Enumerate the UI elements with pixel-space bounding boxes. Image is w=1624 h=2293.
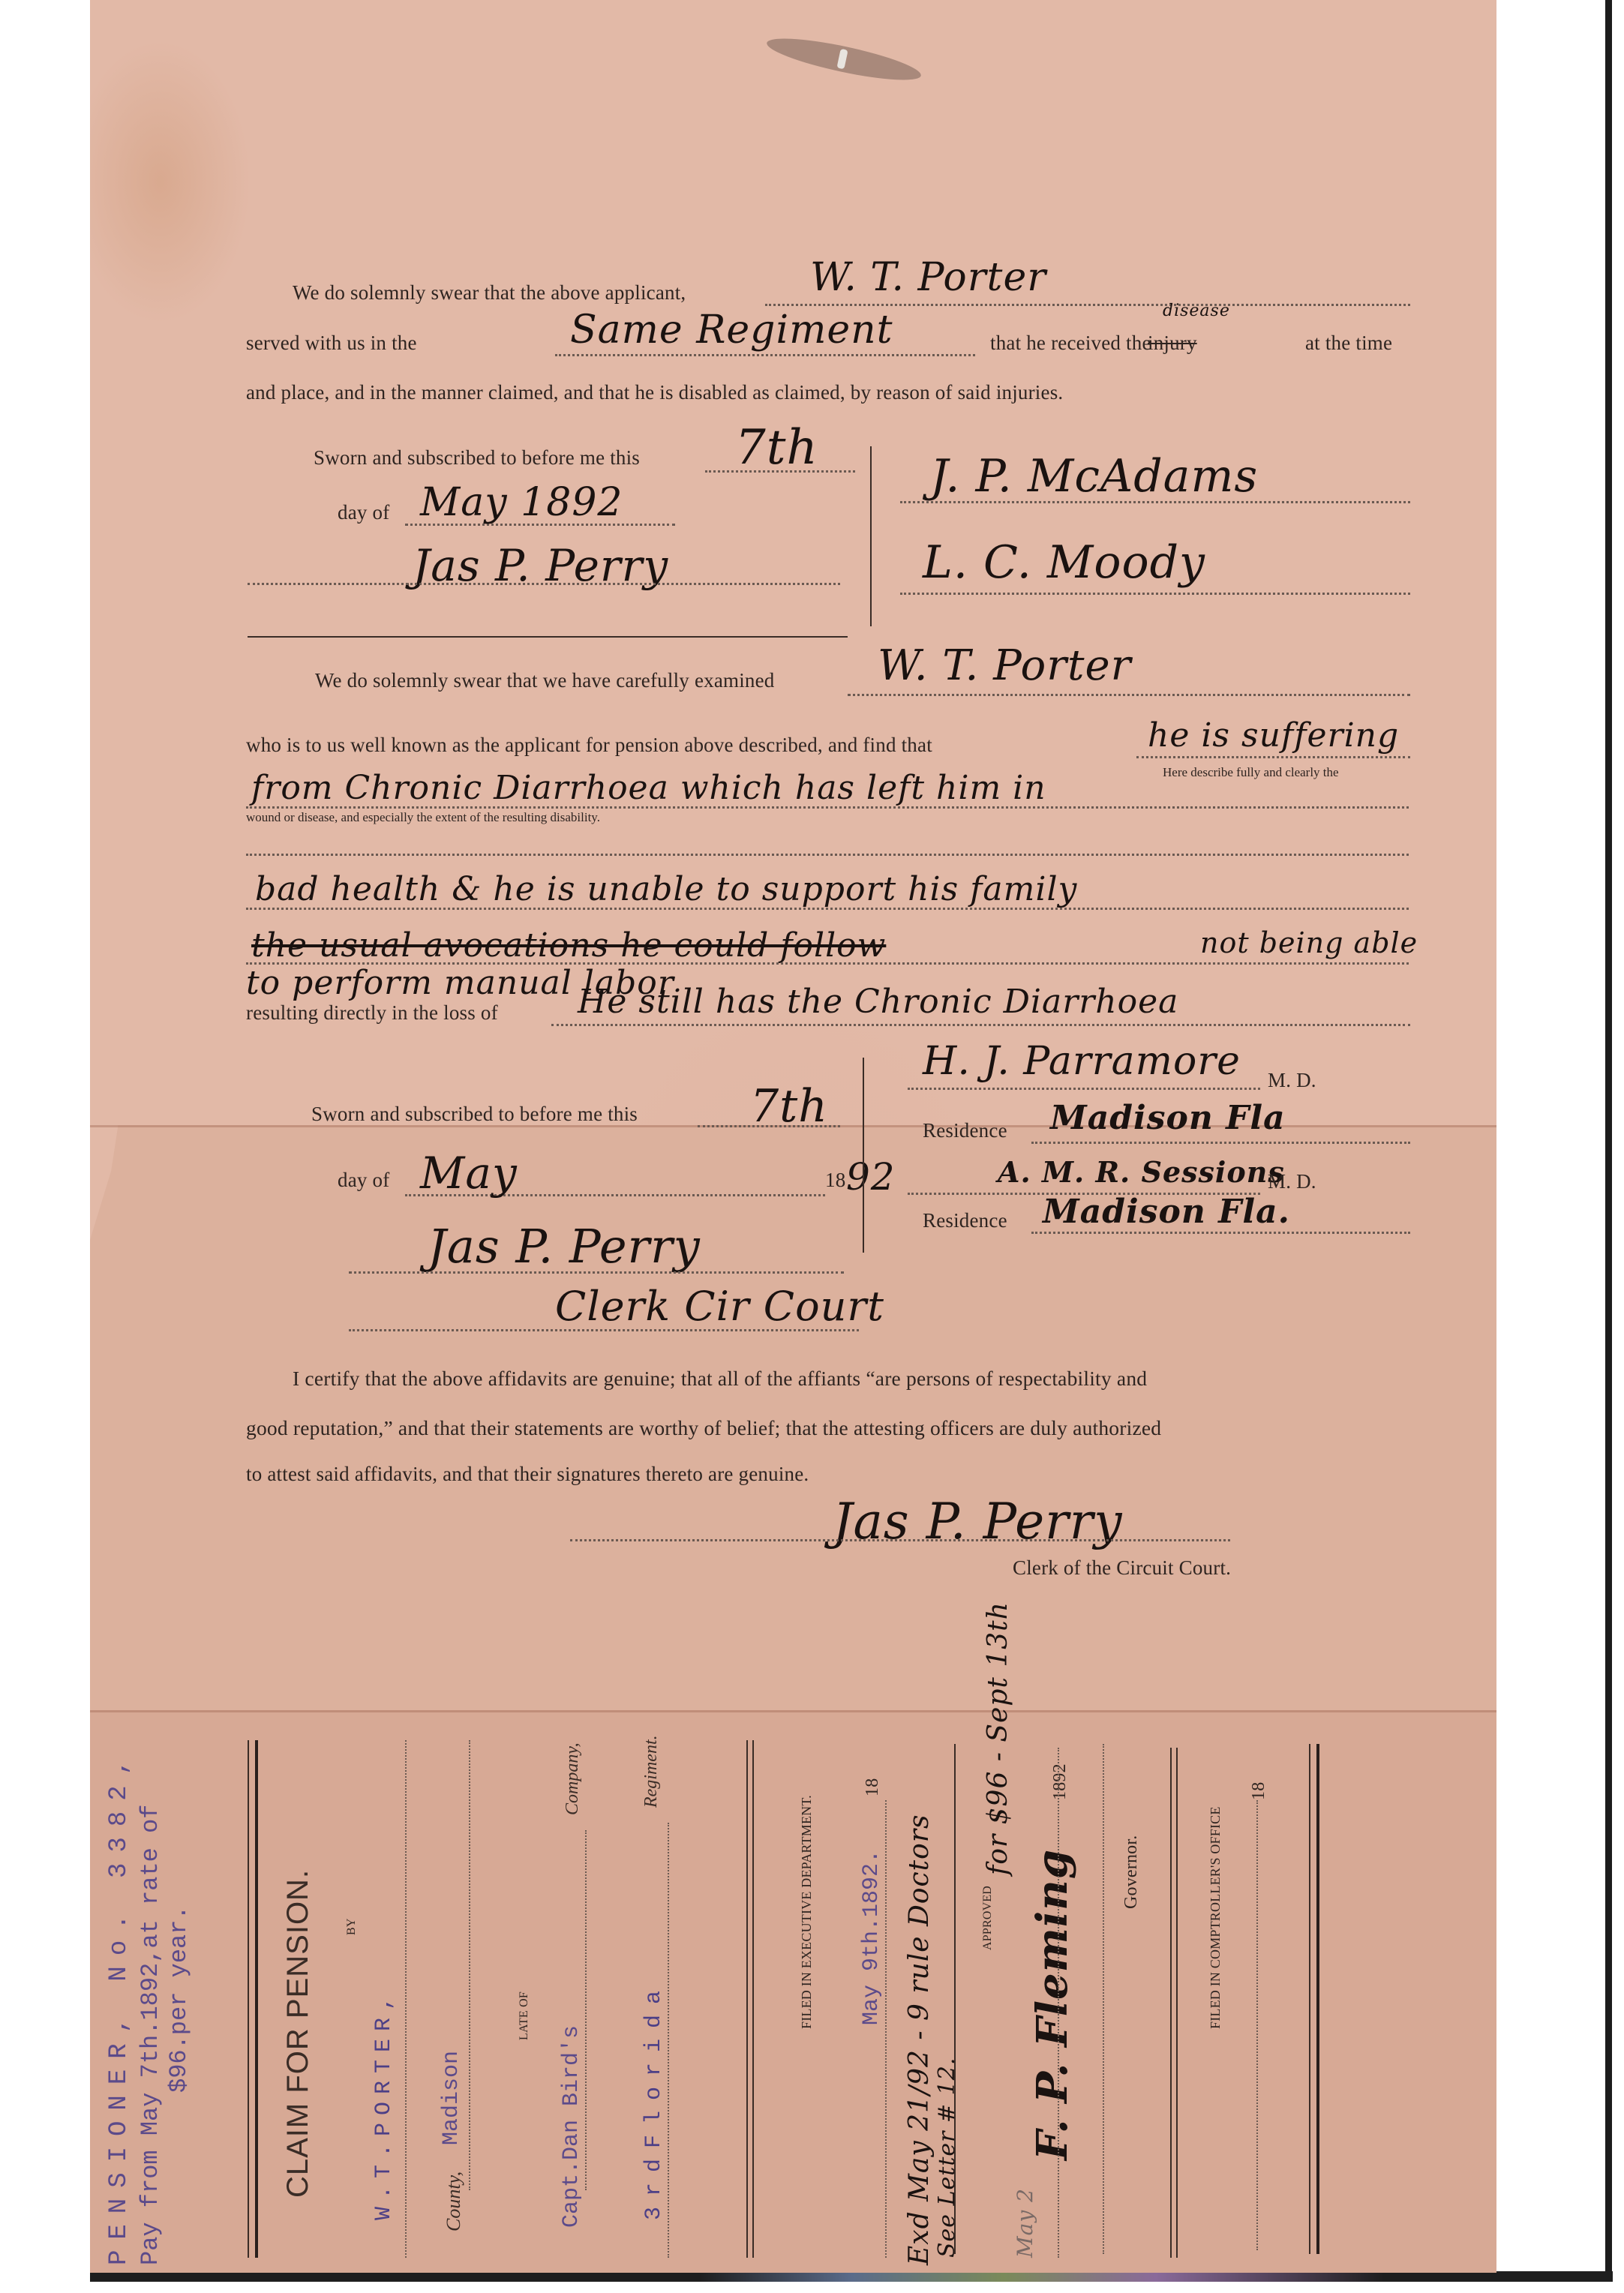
docket-rule-1 [248, 1740, 258, 2258]
finding-line-4 [246, 908, 1409, 910]
affiant-signature-1: J. P. McAdams [930, 450, 1258, 503]
physician-1-md: M. D. [1268, 1069, 1316, 1092]
pension-document-page: We do solemnly swear that the above appl… [90, 0, 1496, 2273]
docket-regiment: 3rdFlorida [641, 1980, 667, 2220]
docket-title: CLAIM FOR PENSION. [281, 1869, 315, 2198]
docket-rule-5 [1309, 1744, 1319, 2254]
filed-comptroller-label: FILED IN COMPTROLLER'S OFFICE [1208, 1806, 1223, 2029]
physician-1-residence-line [1031, 1142, 1410, 1144]
exec-note-2: See Letter # 12. [934, 2057, 960, 2258]
comrades-line3: and place, and in the manner claimed, an… [246, 381, 1063, 404]
finding-line-3 [246, 854, 1409, 856]
comrades-line2-suffix: at the time [1305, 332, 1392, 355]
physicians-line2-label: who is to us well known as the applicant… [246, 734, 932, 757]
clerk-title: Clerk of the Circuit Court. [1013, 1556, 1231, 1580]
filed-comptroller-line [1256, 1800, 1258, 2250]
docket-by-label: BY [345, 1918, 359, 1935]
jurat2-officer-title: Clerk Cir Court [555, 1283, 884, 1330]
jurat2-day-of-label: day of [338, 1169, 389, 1192]
affiant-line-1 [900, 501, 1410, 503]
physicians-line1-label: We do solemnly swear that we have carefu… [315, 669, 775, 692]
regiment-line [668, 1823, 669, 2258]
finding-handwritten-4: not being able [1200, 926, 1418, 959]
approved-label: APPROVED [981, 1886, 995, 1950]
affiant-line-2 [900, 593, 1410, 595]
stamp-rate: $96.per year. [165, 1905, 193, 2093]
physician-1-residence-label: Residence [923, 1119, 1007, 1142]
docket-claimant: W.T.PORTER, [371, 1989, 397, 2220]
filed-exec-date: May 9th.1892. [859, 1850, 884, 2025]
docket-county-label: County, [443, 2171, 465, 2231]
physician-1-line [908, 1088, 1260, 1090]
comrades-line2-label: served with us in the [246, 332, 417, 355]
instruction-left: wound or disease, and especially the ext… [246, 810, 600, 825]
approved-line [1058, 1748, 1059, 2258]
clerk-signature-line [570, 1539, 1230, 1541]
county-line [469, 1740, 470, 2190]
jurat2-year-handwritten: 92 [846, 1155, 896, 1199]
finding-handwritten-3: bad health & he is unable to support his… [255, 870, 1077, 908]
docket-rule-4 [1170, 1748, 1178, 2258]
jurat1-day-of-label: day of [338, 501, 389, 524]
jurat1-brace [870, 446, 872, 626]
jurat2-sworn-label: Sworn and subscribed to before me this [311, 1103, 638, 1126]
stamp-pensioner-number: PENSIONER, No. 3382, [105, 1749, 134, 2265]
instruction-right: Here describe fully and clearly the [1163, 765, 1339, 780]
applicant-name-handwritten: W. T. Porter [810, 255, 1046, 300]
stamp-pay-from: Pay from May 7th.1892,at rate of [137, 1805, 164, 2266]
served-in-line [555, 354, 975, 356]
exec-note-1: Exd May 21/92 - 9 rule Doctors [904, 1814, 935, 2266]
governor-line [1103, 1744, 1104, 2254]
filed-exec-line [885, 1800, 887, 2258]
fold-crease-lower [90, 1710, 1496, 1712]
resulting-line [551, 1024, 1410, 1026]
docket-company-label: Company, [563, 1742, 583, 1815]
governor-signature: F. P. Fleming [1028, 1849, 1077, 2160]
filed-comptroller-year-prefix: 18 [1249, 1782, 1269, 1800]
docket-rule-3 [954, 1744, 956, 2254]
approved-year: 1892 [1050, 1763, 1070, 1800]
finding-handwritten-2: from Chronic Diarrhoea which has left hi… [251, 769, 1046, 807]
jurat2-title-line [349, 1329, 859, 1331]
physician-2-residence: Madison Fla. [1043, 1193, 1290, 1231]
physician-2-residence-line [1031, 1232, 1410, 1234]
pencil-note: May 2 [1013, 2188, 1037, 2258]
staple-mark [764, 31, 923, 89]
scan-bottom-edge [90, 2271, 1613, 2282]
inserted-word-disease: disease [1163, 302, 1230, 320]
docket-county: Madison [439, 2051, 464, 2145]
clerk-signature: Jas P. Perry [833, 1493, 1123, 1550]
scan-edge-rule [1605, 0, 1612, 2280]
certification-line1: I certify that the above affidavits are … [293, 1367, 1147, 1391]
jurat2-day-handwritten: 7th [750, 1080, 828, 1133]
struck-word-injury: injury [1148, 332, 1197, 355]
certification-line3: to attest said affidavits, and that thei… [246, 1463, 809, 1486]
jurat1-rule [248, 636, 848, 638]
finding-handwritten-1: he is suffering [1148, 716, 1399, 755]
docket-company: Capt.Dan Bird's [559, 2025, 584, 2228]
finding-line-1 [1136, 756, 1410, 758]
resulting-handwritten: He still has the Chronic Diarrhoea [578, 983, 1178, 1021]
filed-exec-label: FILED IN EXECUTIVE DEPARTMENT. [799, 1795, 815, 2029]
docket-regiment-label: Regiment. [641, 1735, 662, 1808]
finding-handwritten-4-struck: the usual avocations he could follow [251, 926, 886, 965]
comrades-line1-label: We do solemnly swear that the above appl… [293, 281, 686, 305]
physician-2-md: M. D. [1268, 1170, 1316, 1193]
comrades-line2-mid: that he received the [990, 332, 1151, 355]
jurat2-month-handwritten: May [420, 1148, 518, 1199]
applicant-name-line [765, 304, 1410, 306]
jurat2-brace [863, 1058, 864, 1253]
examined-name-line [848, 694, 1410, 696]
claimant-line [405, 1740, 407, 2258]
jurat1-month-year-handwritten: May 1892 [420, 480, 623, 525]
physician-1-signature: H. J. Parramore [923, 1039, 1241, 1084]
jurat2-year-prefix: 18 [825, 1169, 845, 1192]
jurat2-officer-signature: Jas P. Perry [428, 1219, 701, 1274]
physician-1-residence: Madison Fla [1050, 1099, 1286, 1137]
jurat2-signature-line [349, 1271, 844, 1274]
jurat1-sworn-label: Sworn and subscribed to before me this [314, 446, 640, 470]
approved-note: for $96 - Sept 13th [983, 1601, 1013, 1875]
docket-rule-2 [746, 1740, 754, 2258]
governor-label: Governor. [1121, 1835, 1142, 1909]
served-in-handwritten: Same Regiment [570, 308, 893, 353]
filed-exec-year-prefix: 18 [863, 1778, 883, 1796]
resulting-label: resulting directly in the loss of [246, 1001, 498, 1025]
jurat1-signature-line [248, 583, 840, 585]
docket-late-of-label: LATE OF [518, 1991, 531, 2040]
company-line [585, 1830, 587, 2190]
physician-2-residence-label: Residence [923, 1209, 1007, 1232]
physician-2-signature: A. M. R. Sessions [998, 1155, 1285, 1189]
jurat1-day-handwritten: 7th [735, 420, 818, 476]
finding-line-2 [246, 806, 1409, 809]
certification-line2: good reputation,” and that their stateme… [246, 1416, 1161, 1440]
affiant-signature-2: L. C. Moody [923, 536, 1205, 589]
examined-name-handwritten: W. T. Porter [878, 641, 1131, 690]
